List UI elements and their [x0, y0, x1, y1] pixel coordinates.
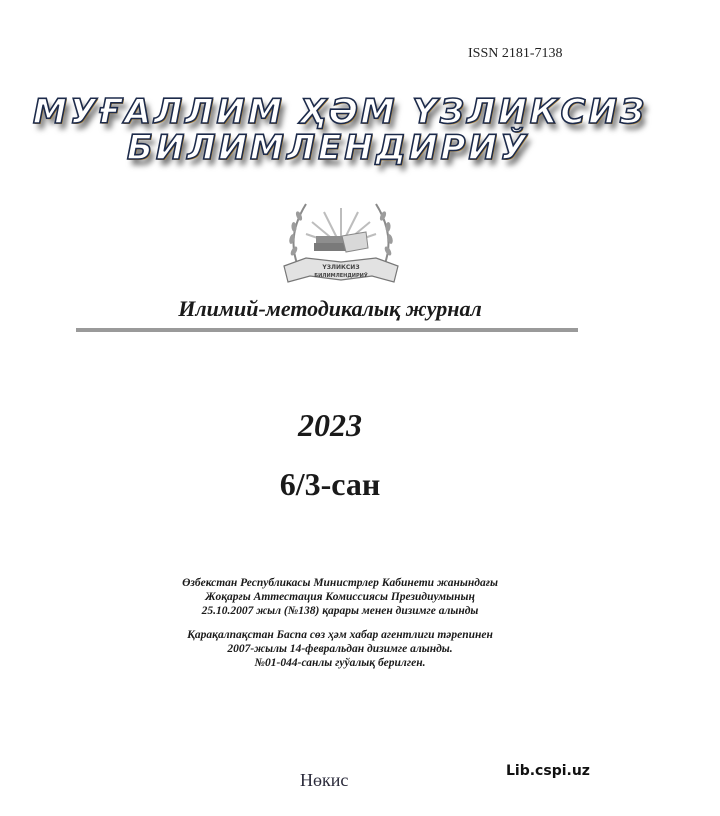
issue-number: 6/3-сан: [0, 466, 660, 503]
registration-line: Қарақалпақстан Баспа сөз ҳәм хабар агент…: [0, 628, 680, 642]
registration-line: 25.10.2007 жыл (№138) қарары менен дизим…: [0, 604, 680, 618]
svg-text:ҮЗЛИКСИЗ: ҮЗЛИКСИЗ: [321, 264, 359, 271]
issn-number: ISSN 2181-7138: [468, 46, 563, 62]
journal-subtitle: Илимий-методикалық журнал: [0, 296, 660, 322]
divider-rule: [76, 328, 578, 332]
registration-block-2: Қарақалпақстан Баспа сөз ҳәм хабар агент…: [0, 628, 680, 670]
registration-line: Өзбекстан Республикасы Министрлер Кабине…: [0, 576, 680, 590]
registration-line: №01-044-санлы гуўалық берилген.: [0, 656, 680, 670]
journal-title-line-2: БИЛИМЛЕНДИРИЎ: [0, 128, 668, 168]
library-watermark: Lib.cspi.uz: [506, 763, 590, 779]
journal-emblem-icon: ҮЗЛИКСИЗ БИЛИМЛЕНДИРИЎ: [276, 196, 406, 288]
registration-line: 2007-жылы 14-февральдан дизимге алынды.: [0, 642, 680, 656]
registration-block-1: Өзбекстан Республикасы Министрлер Кабине…: [0, 576, 680, 618]
publication-city: Нөкис: [300, 770, 348, 791]
issue-year: 2023: [0, 407, 660, 444]
svg-text:БИЛИМЛЕНДИРИЎ: БИЛИМЛЕНДИРИЎ: [314, 272, 368, 279]
registration-line: Жоқарғы Аттестация Комиссиясы Президиумы…: [0, 590, 680, 604]
journal-title-line-1: МУҒАЛЛИМ ҲӘМ ҮЗЛИКСИЗ: [0, 92, 680, 132]
